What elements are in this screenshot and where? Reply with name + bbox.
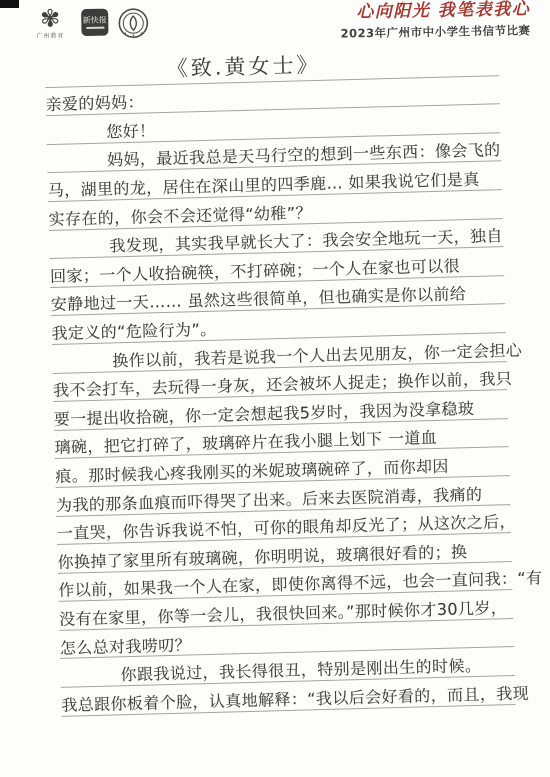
logo-row: ✾ 广州教育 新快报 [28, 4, 150, 45]
scan-artifact [0, 0, 19, 8]
kapok-flower-icon: ✾ [28, 7, 72, 30]
round-emblem-icon [117, 7, 150, 44]
letter-body: 《致.黄女士》 亲爱的妈妈： 您好！ 妈妈，最近我总是天马行空的想到一些东西：像… [44, 47, 515, 716]
guangzhou-education-label: 广州教育 [28, 30, 72, 40]
xinkuaibao-logo: 新快报 [81, 9, 108, 36]
guangzhou-education-logo: ✾ 广州教育 [28, 7, 73, 40]
contest-name: 2023年广州市中小学生书信节比赛 [340, 22, 530, 41]
letter-lines: 亲爱的妈妈： 您好！ 妈妈，最近我总是天马行空的想到一些东西：像会飞的 马，湖里… [45, 76, 515, 717]
letter-line-text: 您好！ [46, 122, 156, 143]
letter-line-text: 怎么总对我唠叨？ [60, 636, 192, 657]
header: ✾ 广州教育 新快报 心向阳光 我笔表我心 2023年广州市中小学生 [28, 0, 531, 54]
header-right: 心向阳光 我笔表我心 2023年广州市中小学生书信节比赛 [340, 0, 531, 42]
letter-title: 《致.黄女士》 [166, 48, 320, 82]
letter-page: ✾ 广州教育 新快报 心向阳光 我笔表我心 2023年广州市中小学生 [0, 0, 550, 777]
contest-slogan: 心向阳光 我笔表我心 [340, 0, 530, 23]
letter-line-text: 我总跟你板着个脸，认真地解释：“我以后会好看的，而且，我现 [61, 684, 529, 714]
xinkuaibao-underline [86, 27, 104, 29]
letter-line-text: 亲爱的妈妈： [45, 94, 144, 114]
letter-line-text: 我定义的“危险行为”。 [51, 321, 216, 343]
xinkuaibao-label: 新快报 [83, 16, 107, 25]
